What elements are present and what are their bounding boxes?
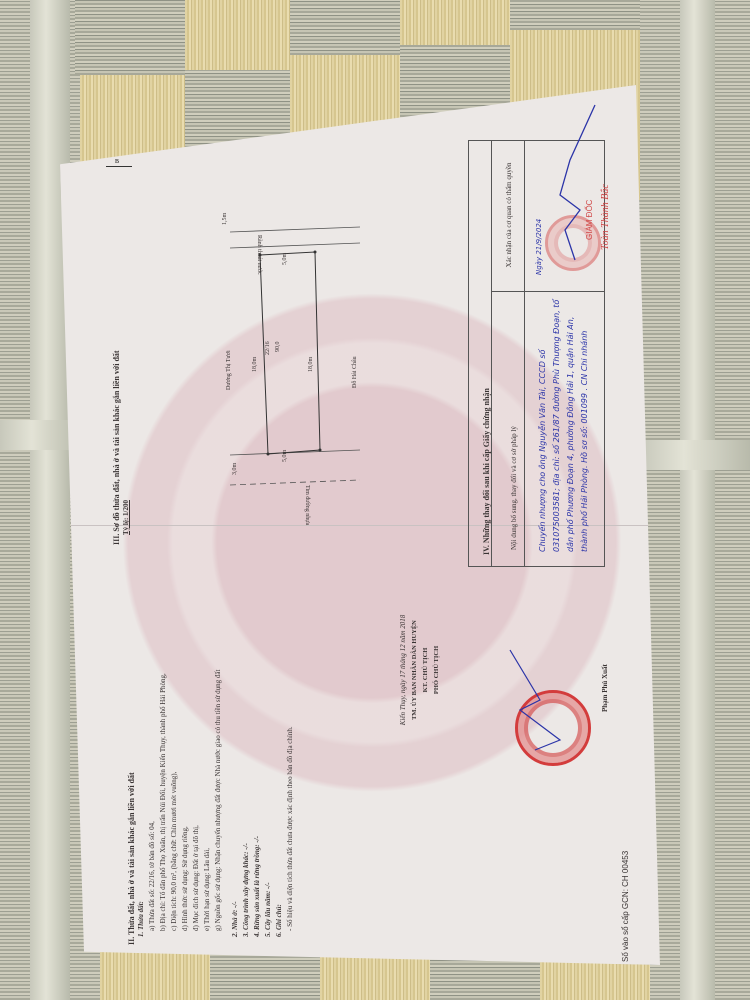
signature-block: Kiến Thụy, ngày 17 tháng 12 năm 2018 TM.… (398, 580, 442, 760)
col-changes-header: Nội dung bổ sung, thay đổi và cơ sở pháp… (510, 426, 518, 550)
floor-tile (75, 0, 185, 75)
neighbor-top-label: Dương Thị Tươi (226, 350, 232, 390)
floor-tile (290, 0, 400, 55)
side-top-label: 5,0m (282, 253, 288, 265)
item-other-construction: 3. Công trình xây dựng khác: -/- (241, 670, 252, 937)
item-notes: 6. Ghi chú: (274, 670, 285, 937)
side-right-label: 18,0m (308, 357, 314, 372)
item-house: 2. Nhà ở: -/- (230, 670, 241, 937)
org-line-2: KT. CHỦ TỊCH (420, 580, 431, 760)
section-iii: III. Sơ đồ thửa đất, nhà ở và tài sản kh… (112, 350, 132, 545)
place-date: Kiến Thụy, ngày 17 tháng 12 năm 2018 (398, 580, 409, 760)
signer-name: Phạm Phú Xuất (600, 664, 611, 712)
section-iii-title: III. Sơ đồ thửa đất, nhà ở và tài sản kh… (112, 350, 121, 545)
north-arrow-icon: B (104, 160, 134, 172)
note-text: - Số hiệu và diện tích thửa đất chưa đượ… (285, 670, 296, 931)
side-bottom-label: 5,0m (282, 450, 288, 462)
item-forest: 4. Rừng sản xuất là rừng trồng: -/- (252, 670, 263, 937)
floor-tile (510, 0, 640, 30)
land-plot-diagram (220, 210, 370, 500)
org-line-1: TM. ỦY BAN NHÂN DÂN HUYỆN (409, 580, 420, 760)
parcel-origin: g) Nguồn gốc sử dụng: Nhận chuyển nhượng… (213, 670, 224, 931)
registry-number: Số vào sổ cấp GCN: CH 00453 (620, 851, 631, 962)
parcel-address: b) Địa chỉ: Tổ dân phố Thọ Xuân, thị trấ… (158, 670, 169, 931)
approval-title: GIÁM ĐỐC (585, 200, 594, 240)
org-line-3: PHÓ CHỦ TỊCH (431, 580, 442, 760)
signature-scribble (500, 640, 590, 760)
floor-rail (680, 0, 715, 1000)
floor-tile (400, 0, 510, 45)
neighbor-bottom-label: Đỗ Hải Châu (352, 356, 358, 388)
side-left-label: 18,0m (252, 357, 258, 372)
section-iv-title: IV. Những thay đổi sau khi cấp Giấy chứn… (482, 388, 491, 555)
section-ii-title: II. Thửa đất, nhà ở và tài sản khác gắn … (127, 670, 136, 945)
drain-label: Rãnh thoát nước (256, 235, 262, 275)
floor-rail (30, 0, 70, 1000)
parcel-number: a) Thửa đất số: 22/16, tờ bản đồ số: 04, (147, 670, 158, 931)
approval-signer: Toàn Thành Bắc (600, 184, 611, 250)
diagram-scale: Tỷ lệ: 1/200 (121, 350, 132, 535)
floor-tile (540, 960, 650, 1000)
parcel-subtitle: 1. Thửa đất: (136, 670, 147, 937)
change-entry-content: Chuyển nhượng cho ông Nguyễn Văn Tài, CC… (536, 297, 592, 552)
parcel-usage-form: d) Hình thức sử dụng: Sử dụng riêng, (180, 670, 191, 931)
section-ii: II. Thửa đất, nhà ở và tài sản khác gắn … (127, 670, 296, 945)
signer-block: Phạm Phú Xuất (600, 664, 611, 712)
parcel-label: 22/16 (265, 341, 271, 355)
registry-block: Số vào sổ cấp GCN: CH 00453 (620, 851, 631, 962)
road-left-label: Tim đường nhựa (304, 485, 310, 525)
parcel-area: c) Diện tích: 90,0 m², (bằng chữ: Chín m… (169, 670, 180, 931)
item-perennial: 5. Cây lâu năm: -/- (263, 670, 274, 937)
parcel-usage-purpose: đ) Mục đích sử dụng: Đất ở tại đô thị, (191, 670, 202, 931)
road-left-width: 3,0m (232, 463, 238, 475)
drain-width: 1,5m (222, 213, 228, 225)
col-approval-header: Xác nhận của cơ quan có thẩm quyền (505, 155, 513, 275)
floor-tile (185, 0, 290, 70)
floor-rail (640, 440, 750, 470)
parcel-area-label: 90,0 (275, 342, 281, 353)
parcel-usage-term: e) Thời hạn sử dụng: Lâu dài, (202, 670, 213, 931)
